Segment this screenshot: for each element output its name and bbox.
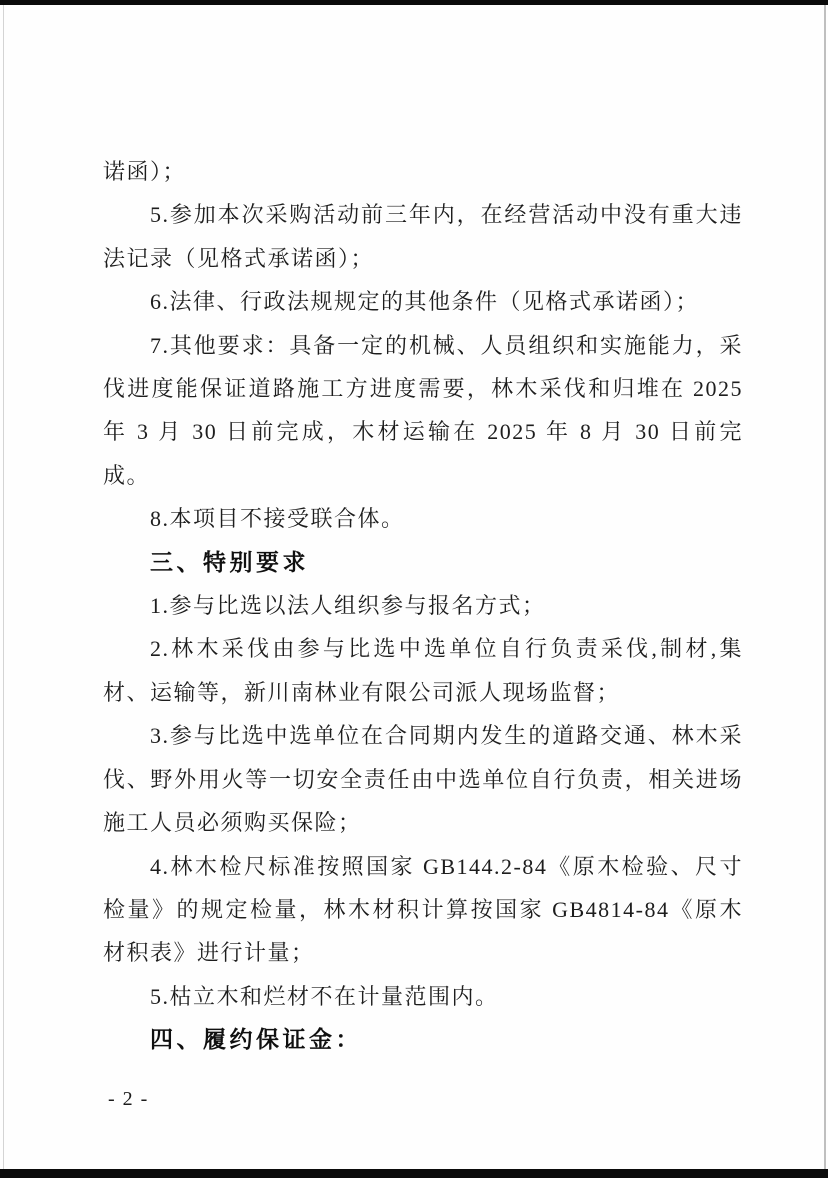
page-number: - 2 - — [108, 1088, 149, 1111]
scan-edge-top — [0, 0, 828, 5]
special-clause-5: 5.枯立木和烂材不在计量范围内。 — [103, 975, 743, 1018]
scan-border-left — [3, 5, 4, 1169]
special-clause-4: 4.林木检尺标准按照国家 GB144.2-84《原木检验、尺寸检量》的规定检量，… — [103, 845, 743, 975]
scan-border-right — [824, 5, 826, 1169]
special-clause-3: 3.参与比选中选单位在合同期内发生的道路交通、林木采伐、野外用火等一切安全责任由… — [103, 714, 743, 844]
scanned-document-page: { "document": { "page_number": "- 2 -", … — [0, 0, 828, 1178]
special-clause-1: 1.参与比选以法人组织参与报名方式； — [103, 584, 743, 627]
section-3-heading: 三、特别要求 — [103, 541, 743, 584]
clause-6: 6.法律、行政法规规定的其他条件（见格式承诺函）； — [103, 280, 743, 323]
special-clause-2: 2.林木采伐由参与比选中选单位自行负责采伐,制材,集材、运输等，新川南林业有限公… — [103, 627, 743, 714]
scan-edge-bottom — [0, 1169, 828, 1178]
section-4-heading: 四、履约保证金： — [103, 1018, 743, 1061]
paragraph-continuation: 诺函）； — [103, 150, 743, 193]
document-body: 诺函）； 5.参加本次采购活动前三年内，在经营活动中没有重大违法记录（见格式承诺… — [103, 150, 743, 1062]
clause-7: 7.其他要求：具备一定的机械、人员组织和实施能力，采伐进度能保证道路施工方进度需… — [103, 324, 743, 498]
clause-5: 5.参加本次采购活动前三年内，在经营活动中没有重大违法记录（见格式承诺函）； — [103, 193, 743, 280]
clause-8: 8.本项目不接受联合体。 — [103, 497, 743, 540]
